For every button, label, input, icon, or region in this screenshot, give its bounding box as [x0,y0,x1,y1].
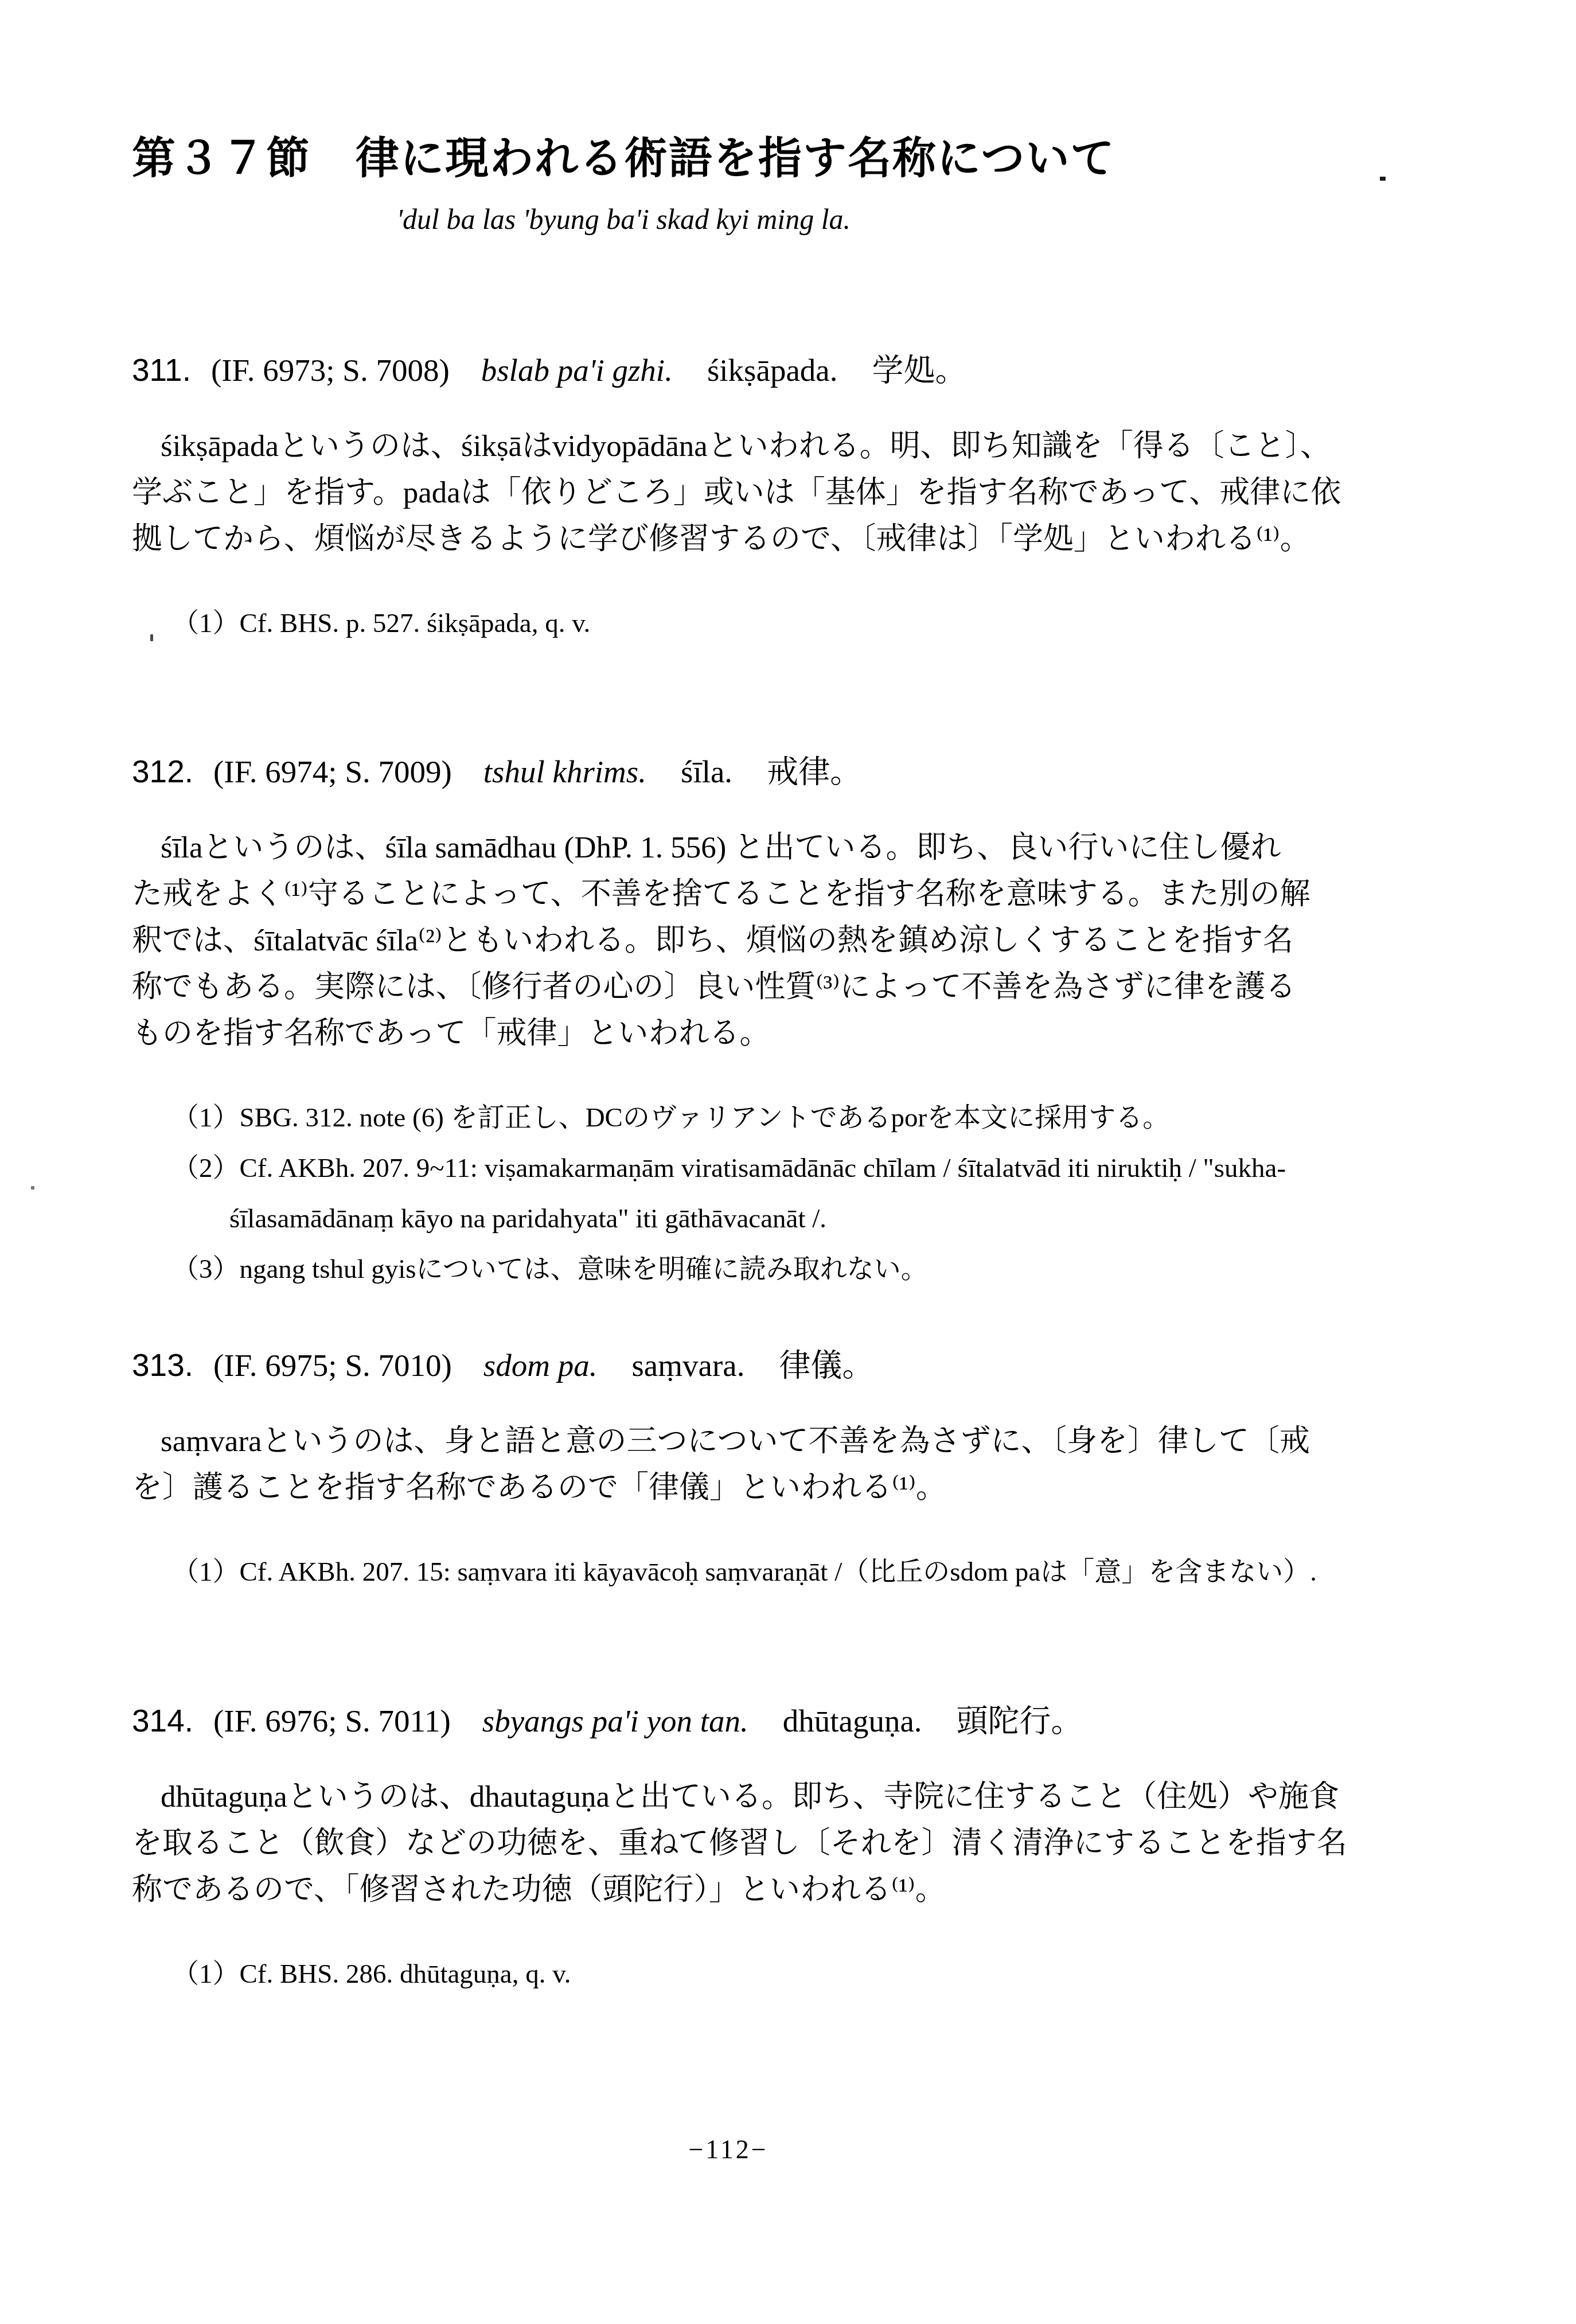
section-title: 第３７節 律に現われる術語を指す名称について [132,133,1115,185]
entry-reference: (IF. 6974; S. 7009) [213,754,452,789]
japanese-gloss: 戒律。 [767,754,861,789]
sanskrit-term: śikṣāpada. [707,353,838,388]
body-line: 釈では、śītalatvāc śīla⁽²⁾ともいわれる。即ち、煩悩の熱を鎮め涼… [132,918,1451,964]
body-line: た戒をよく⁽¹⁾守ることによって、不善を捨てることを指す名称を意味する。また別の… [132,871,1451,918]
entry-312-body: śīlaというのは、śīla samādhau (DhP. 1. 556) と出… [132,825,1451,1057]
entry-311-heading: 311.(IF. 6973; S. 7008)bslab pa'i gzhi.ś… [132,347,1451,393]
entry-312: 312.(IF. 6974; S. 7009)tshul khrims.śīla… [132,748,1451,1294]
section-subtitle-tibetan: 'dul ba las 'byung ba'i skad kyi ming la… [132,202,1115,236]
japanese-gloss: 学処。 [872,353,966,388]
entry-313-notes: （1）Cf. AKBh. 207. 15: saṃvara iti kāyavā… [132,1547,1451,1597]
body-line: 称でもある。実際には、〔修行者の心の〕良い性質⁽³⁾によって不善を為さずに律を護… [132,964,1451,1011]
footnote: （1）Cf. BHS. p. 527. śikṣāpada, q. v. [172,598,1451,649]
entry-314-notes: （1）Cf. BHS. 286. dhūtaguṇa, q. v. [132,1949,1451,1999]
entry-311: 311.(IF. 6973; S. 7008)bslab pa'i gzhi.ś… [132,347,1451,649]
entry-312-notes: （1）SBG. 312. note (6) を訂正し、DCのヴァリアントであるp… [132,1093,1451,1294]
japanese-gloss: 律儀。 [779,1348,873,1383]
footnote: （1）SBG. 312. note (6) を訂正し、DCのヴァリアントであるp… [172,1093,1451,1143]
body-line: 拠してから、煩悩が尽きるように学び修習するので、〔戒律は〕「学処」といわれる⁽¹… [132,516,1451,563]
footnote: （2）Cf. AKBh. 207. 9~11: viṣamakarmaṇām v… [172,1143,1451,1194]
entry-314-heading: 314.(IF. 6976; S. 7011)sbyangs pa'i yon … [132,1698,1451,1744]
entry-number: 311. [132,352,191,388]
body-line: śikṣāpadaというのは、śikṣāはvidyopādānaといわれる。明、… [132,423,1451,470]
body-line: śīlaというのは、śīla samādhau (DhP. 1. 556) と出… [132,825,1451,871]
entry-314-body: dhūtaguṇaというのは、dhautaguṇaと出ている。即ち、寺院に住する… [132,1774,1451,1913]
footnote: （3）ngang tshul gyisについては、意味を明確に読み取れない。 [172,1244,1451,1294]
tibetan-term: sdom pa. [483,1348,598,1383]
entry-reference: (IF. 6976; S. 7011) [213,1703,451,1738]
footnote-continuation: śīlasamādānaṃ kāyo na paridahyata" iti g… [229,1194,1451,1244]
entry-reference: (IF. 6975; S. 7010) [213,1348,452,1383]
scan-speck [150,634,153,641]
tibetan-term: sbyangs pa'i yon tan. [482,1703,748,1738]
sanskrit-term: śīla. [681,754,732,789]
entry-314: 314.(IF. 6976; S. 7011)sbyangs pa'i yon … [132,1698,1451,1999]
body-line: を取ること（飲食）などの功徳を、重ねて修習し〔それを〕清く清浄にすることを指す名 [132,1820,1451,1867]
entry-number: 314. [132,1703,193,1738]
body-line: 学ぶこと」を指す。padaは「依りどころ」或いは「基体」を指す名称であって、戒律… [132,470,1451,516]
entry-number: 312. [132,754,193,789]
scan-speck [31,1186,34,1190]
section-header: 第３７節 律に現われる術語を指す名称について 'dul ba las 'byun… [132,133,1115,236]
body-line: を〕護ることを指す名称であるので「律儀」といわれる⁽¹⁾。 [132,1465,1451,1511]
footnote: （1）Cf. BHS. 286. dhūtaguṇa, q. v. [172,1949,1451,1999]
entry-311-notes: （1）Cf. BHS. p. 527. śikṣāpada, q. v. [132,598,1451,649]
tibetan-term: bslab pa'i gzhi. [481,353,673,388]
body-line: saṃvaraというのは、身と語と意の三つについて不善を為さずに、〔身を〕律して… [132,1418,1451,1465]
body-line: dhūtaguṇaというのは、dhautaguṇaと出ている。即ち、寺院に住する… [132,1774,1451,1820]
tibetan-term: tshul khrims. [483,754,646,789]
document-page: 第３７節 律に現われる術語を指す名称について 'dul ba las 'byun… [0,0,1576,2324]
japanese-gloss: 頭陀行。 [957,1703,1083,1738]
entry-313-heading: 313.(IF. 6975; S. 7010)sdom pa.saṃvara.律… [132,1342,1451,1389]
entry-number: 313. [132,1347,193,1383]
entry-312-heading: 312.(IF. 6974; S. 7009)tshul khrims.śīla… [132,748,1451,795]
scan-speck [1380,177,1386,181]
footnote: （1）Cf. AKBh. 207. 15: saṃvara iti kāyavā… [172,1547,1451,1597]
page-number: −112− [132,2132,1325,2167]
body-line: 称であるので、「修習された功徳（頭陀行）」といわれる⁽¹⁾。 [132,1867,1451,1913]
sanskrit-term: saṃvara. [631,1348,744,1383]
sanskrit-term: dhūtaguṇa. [783,1703,922,1738]
entry-313: 313.(IF. 6975; S. 7010)sdom pa.saṃvara.律… [132,1342,1451,1597]
entry-313-body: saṃvaraというのは、身と語と意の三つについて不善を為さずに、〔身を〕律して… [132,1418,1451,1511]
entry-311-body: śikṣāpadaというのは、śikṣāはvidyopādānaといわれる。明、… [132,423,1451,563]
body-line: ものを指す名称であって「戒律」といわれる。 [132,1011,1451,1057]
entry-reference: (IF. 6973; S. 7008) [211,353,450,388]
